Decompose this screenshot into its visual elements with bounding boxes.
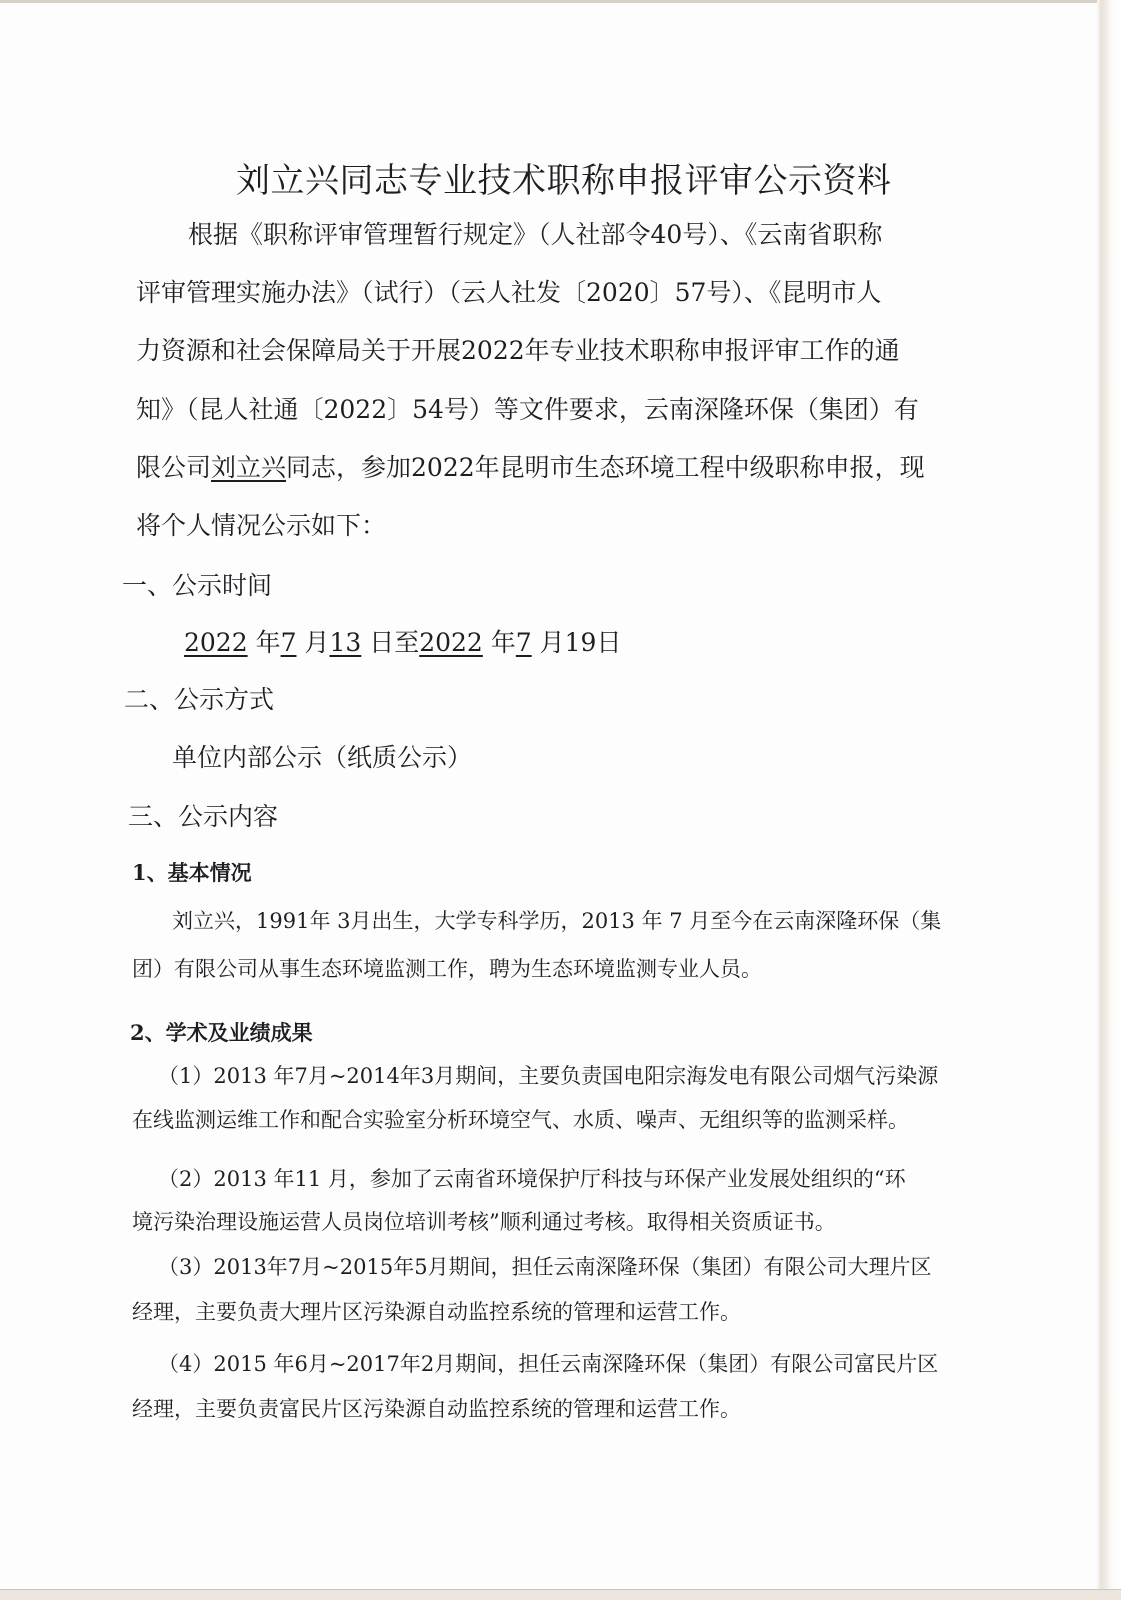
publicity-period: 2022 年7 月13 日至2022 年7 月19日 [184,623,621,659]
intro-line-4: 知》（昆人社通〔2022〕54号）等文件要求，云南深隆环保（集团）有 [136,390,919,426]
end-month: 7 [516,628,532,657]
date-text: 月 [296,628,329,657]
start-year: 2022 [184,628,248,657]
publicity-method: 单位内部公示（纸质公示） [172,738,472,774]
page-title: 刘立兴同志专业技术职称申报评审公示资料 [236,153,892,202]
start-month: 7 [281,628,297,657]
intro-line-1: 根据《职称评审管理暂行规定》（人社部令40号）、《云南省职称 [188,215,882,251]
basic-info-line-1: 刘立兴，1991年 3月出生，大学专科学历，2013 年 7 月至今在云南深隆环… [172,905,941,935]
date-text: 日至 [361,628,419,657]
document-page: 刘立兴同志专业技术职称申报评审公示资料 根据《职称评审管理暂行规定》（人社部令4… [0,0,1121,1600]
intro-line-5-prefix: 限公司 [136,453,211,482]
date-text: 年 [483,628,516,657]
achievement-4-line-1: （4）2015 年6月~2017年2月期间，担任云南深隆环保（集团）有限公司富民… [158,1348,938,1378]
intro-line-6: 将个人情况公示如下： [136,506,386,542]
end-year: 2022 [419,628,483,657]
section-3-heading: 三、公示内容 [128,797,278,833]
section-1-heading: 一、公示时间 [122,566,272,602]
achievement-1-line-1: （1）2013 年7月~2014年3月期间，主要负责国电阳宗海发电有限公司烟气污… [158,1060,938,1090]
achievement-2-line-2: 境污染治理设施运营人员岗位培训考核”顺利通过考核。取得相关资质证书。 [132,1206,836,1236]
achievement-4-line-2: 经理，主要负责富民片区污染源自动监控系统的管理和运营工作。 [132,1393,741,1423]
section-2-heading: 二、公示方式 [124,680,274,716]
date-text: 年 [248,628,281,657]
applicant-name: 刘立兴 [211,453,286,482]
basic-info-line-2: 团）有限公司从事生态环境监测工作，聘为生态环境监测专业人员。 [132,953,762,983]
date-text: 月19日 [532,628,622,657]
achievement-1-line-2: 在线监测运维工作和配合实验室分析环境空气、水质、噪声、无组织等的监测采样。 [132,1104,909,1134]
start-day: 13 [329,628,361,657]
achievement-3-line-1: （3）2013年7月~2015年5月期间，担任云南深隆环保（集团）有限公司大理片… [158,1251,932,1281]
intro-line-3: 力资源和社会保障局关于开展2022年专业技术职称申报评审工作的通 [136,331,900,367]
intro-line-5: 限公司刘立兴同志，参加2022年昆明市生态环境工程中级职称申报，现 [136,448,925,484]
intro-line-5-suffix: 同志，参加2022年昆明市生态环境工程中级职称申报，现 [286,453,925,482]
sub-2-heading: 2、学术及业绩成果 [130,1017,313,1047]
achievement-3-line-2: 经理，主要负责大理片区污染源自动监控系统的管理和运营工作。 [132,1296,741,1326]
intro-line-2: 评审管理实施办法》（试行）（云人社发〔2020〕57号）、《昆明市人 [136,273,881,309]
achievement-2-line-1: （2）2013 年11 月，参加了云南省环境保护厅科技与环保产业发展处组织的“环 [158,1163,906,1193]
sub-1-heading: 1、基本情况 [132,857,252,887]
